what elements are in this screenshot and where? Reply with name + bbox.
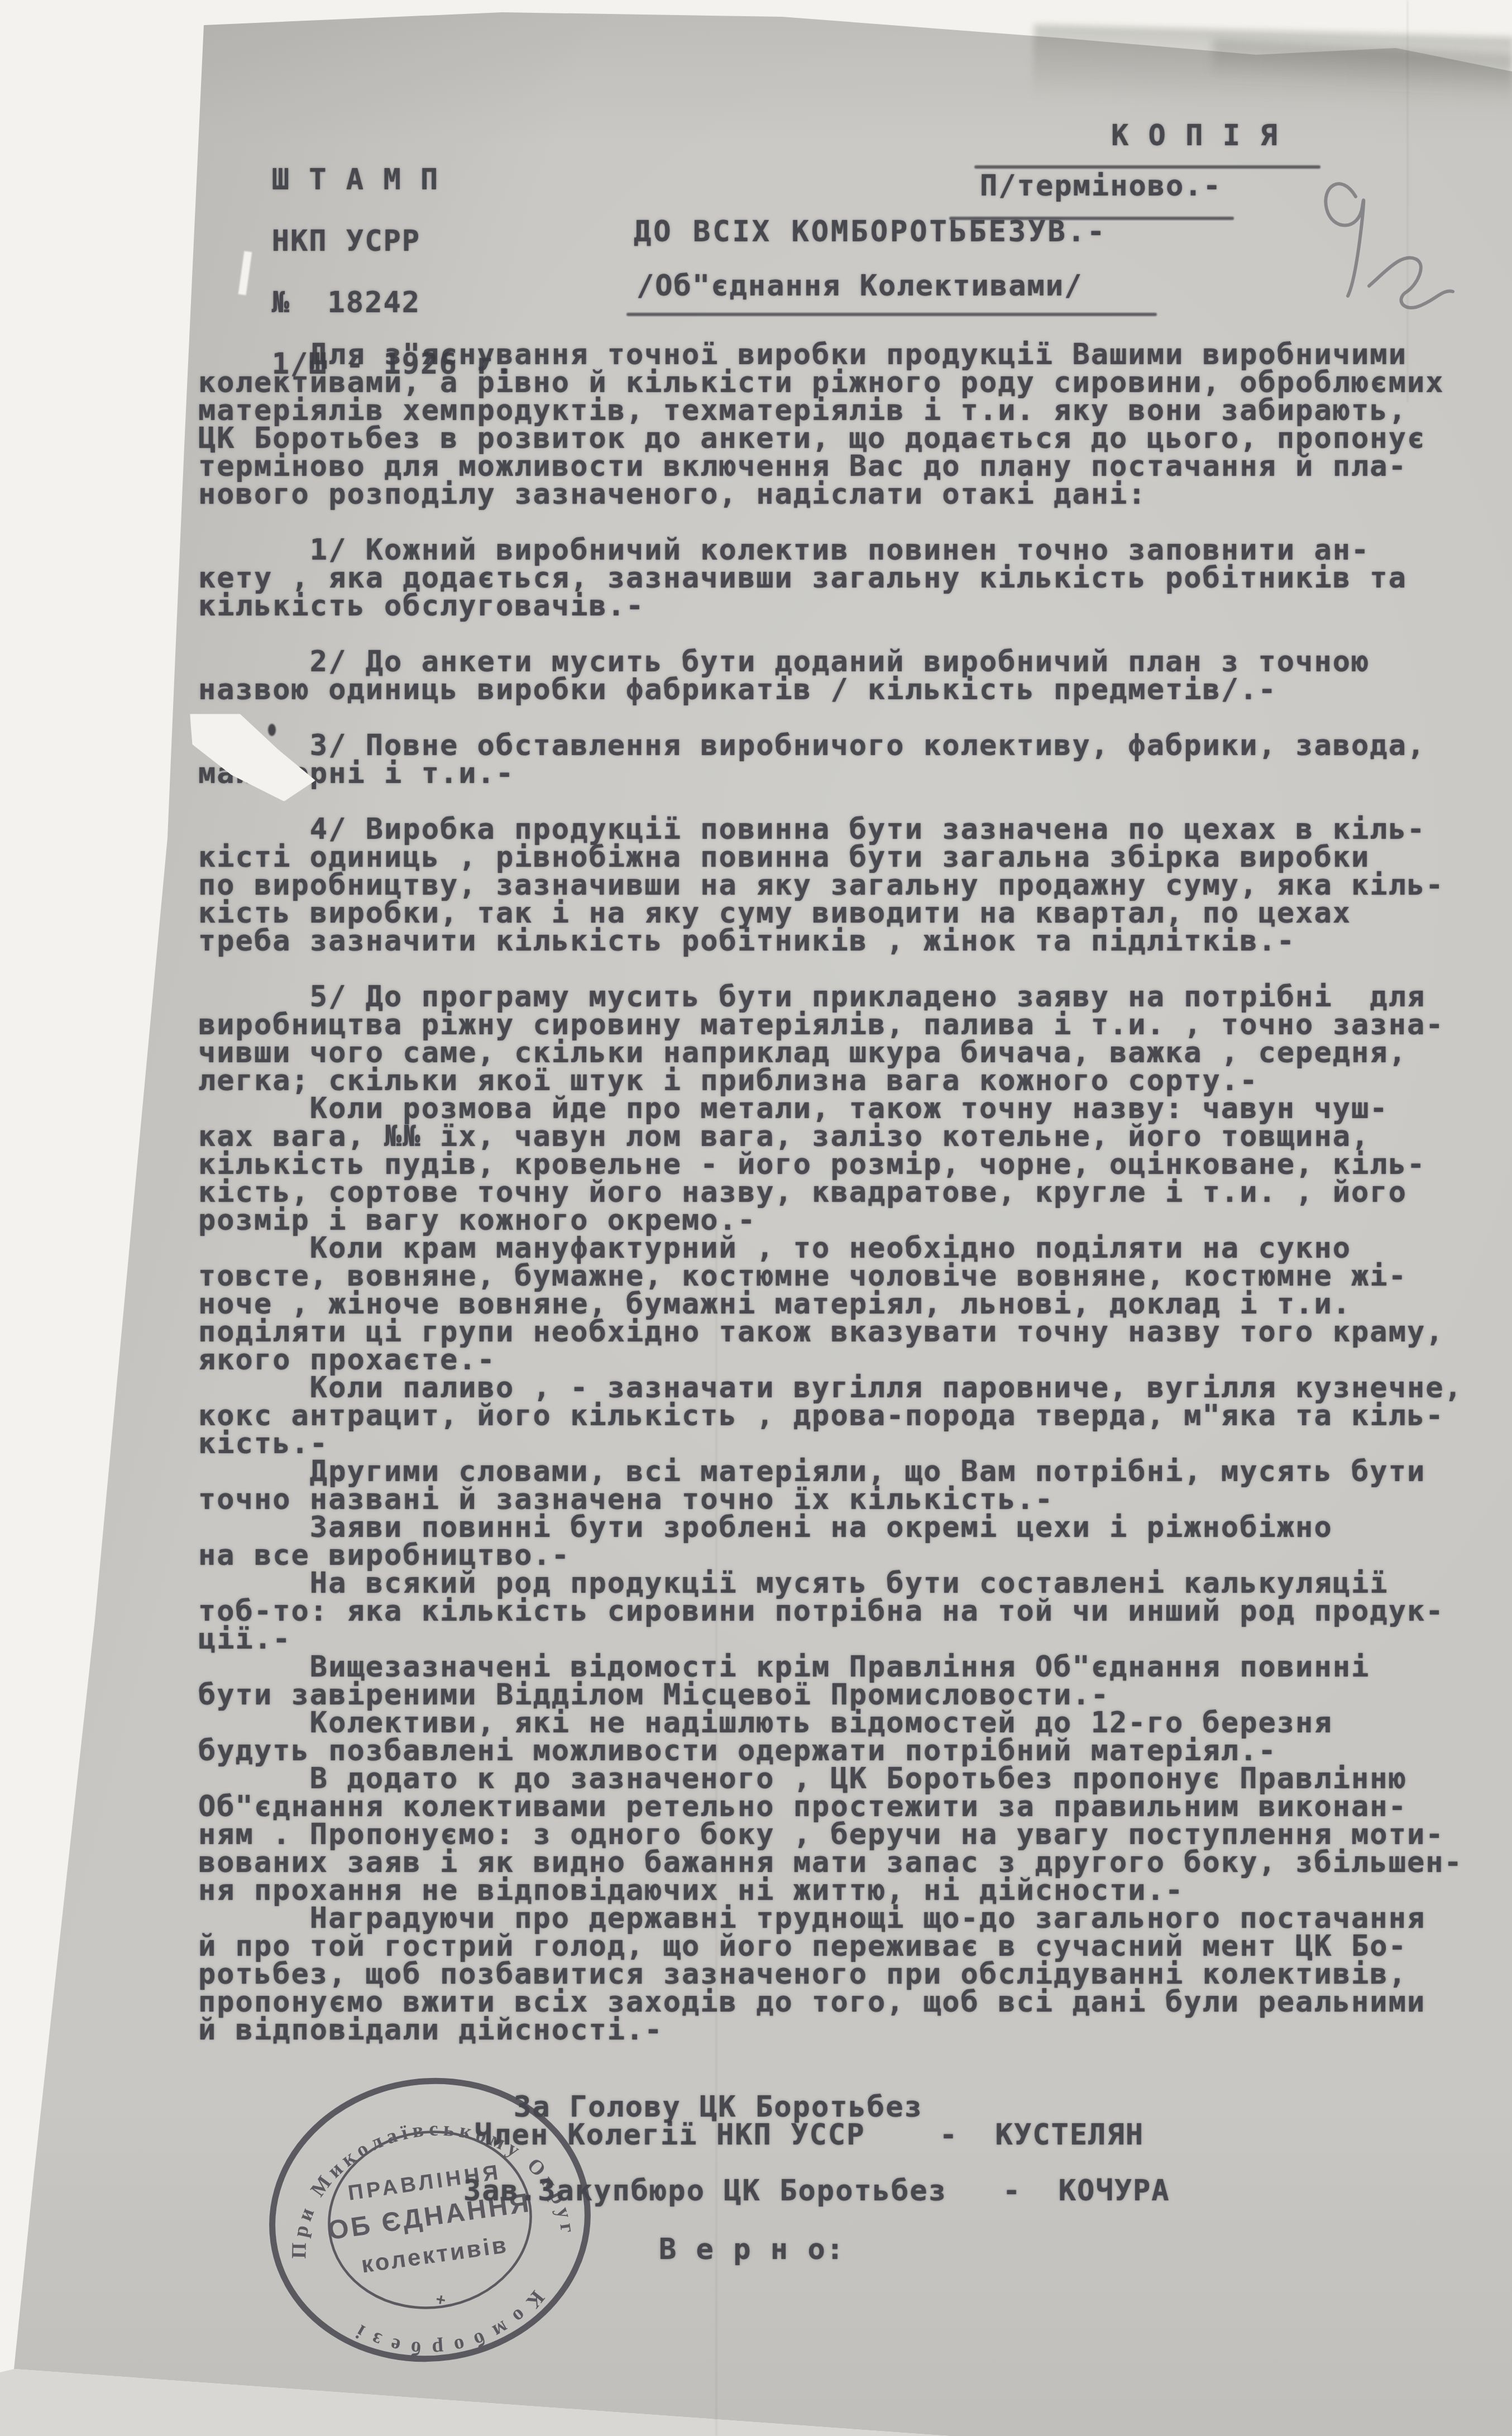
header-stamp-line-1: Ш Т А М П [272,163,439,197]
doc-subtitle: /Об"єднання Колективами/ [637,272,1083,300]
round-seal: При Миколаївському Округов. Комборбезі П… [240,2055,631,2401]
scan-page: { "page": { "paper_color": "#c8c7c3", "i… [0,0,1512,2436]
header-stamp-line-2: НКП УСРР [272,225,420,258]
subtitle-underline [626,313,1157,316]
body-text: Для з"яснування точної виробки продукції… [198,341,1463,2044]
handwritten-mark [1312,162,1491,329]
copy-underline [974,165,1320,169]
handwritten-stroke-1 [1326,184,1363,296]
certified-label: В е р н о: [659,2236,845,2263]
header-stamp-line-3: № 18242 [272,286,420,319]
urgency-label: П/терміново.- [980,172,1222,200]
copy-label: К О П І Я [1111,122,1279,150]
tear-speck [268,724,276,736]
handwritten-stroke-2 [1369,258,1453,308]
doc-title: ДО ВСІХ КОМБОРОТЬБЕЗУВ.- [634,218,1107,246]
